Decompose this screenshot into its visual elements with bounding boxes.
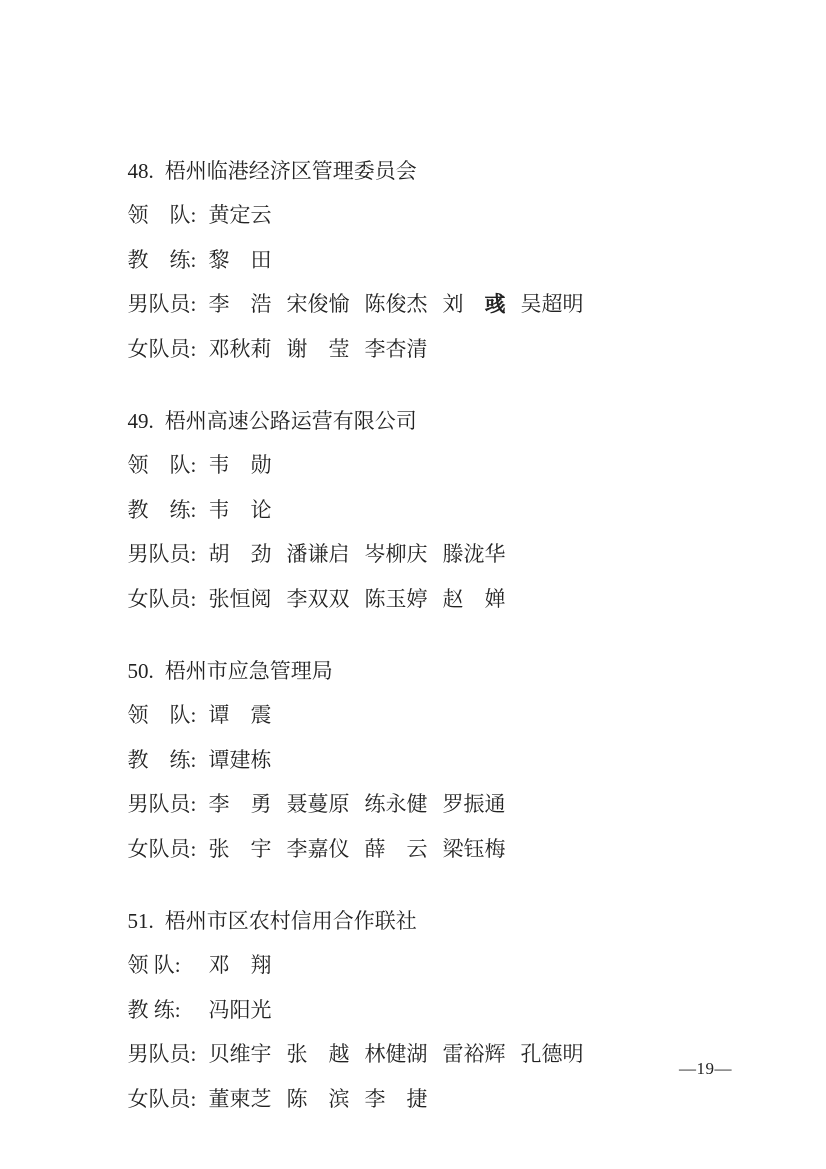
member-name: 宋俊愉 <box>287 292 350 316</box>
member-name: 张 越 <box>287 1042 350 1066</box>
male-members-label: 男队员: <box>128 1032 209 1077</box>
coach-name: 谭建栋 <box>209 748 272 772</box>
leader-label: 领 队: <box>128 443 209 488</box>
coach-label: 教 练: <box>128 238 209 283</box>
leader-name: 谭 震 <box>209 703 272 727</box>
member-name: 岑柳庆 <box>365 542 428 566</box>
team-number: 50. <box>128 649 154 694</box>
female-members-label: 女队员: <box>128 1077 209 1122</box>
member-name: 李 勇 <box>209 792 272 816</box>
male-members-label: 男队员: <box>128 532 209 577</box>
team-title: 49.梧州高速公路运营有限公司 <box>96 354 786 399</box>
team-number: 48. <box>128 149 154 194</box>
member-name: 陈俊杰 <box>365 292 428 316</box>
leader-name: 黄定云 <box>209 203 272 227</box>
team-number: 51. <box>128 899 154 944</box>
leader-name: 邓 翔 <box>209 953 272 977</box>
male-members-label: 男队员: <box>128 282 209 327</box>
team-section-50: 50.梧州市应急管理局 领 队:谭 震 教 练:谭建栋 男队员:李 勇聂蔓原练永… <box>96 604 786 827</box>
leader-label: 领 队: <box>128 943 209 988</box>
team-org-name: 梧州市区农村信用合作联社 <box>165 909 417 933</box>
team-org-name: 梧州市应急管理局 <box>165 659 333 683</box>
member-name: 李 捷 <box>365 1087 428 1111</box>
leader-name: 韦 勋 <box>209 453 272 477</box>
team-number: 49. <box>128 399 154 444</box>
member-name-bold-glyph: 彧 <box>485 293 506 316</box>
coach-label: 教 练: <box>128 488 209 533</box>
coach-name: 黎 田 <box>209 248 272 272</box>
member-name: 贝维宇 <box>209 1042 272 1066</box>
coach-label: 教 练: <box>128 738 209 783</box>
team-org-name: 梧州临港经济区管理委员会 <box>165 159 417 183</box>
team-title: 51.梧州市区农村信用合作联社 <box>96 854 786 899</box>
team-title: 50.梧州市应急管理局 <box>96 604 786 649</box>
male-members-label: 男队员: <box>128 782 209 827</box>
team-title: 48.梧州临港经济区管理委员会 <box>96 104 786 149</box>
team-org-name: 梧州高速公路运营有限公司 <box>165 409 417 433</box>
member-name: 胡 劲 <box>209 542 272 566</box>
coach-label: 教 练: <box>128 988 209 1033</box>
member-name: 罗振通 <box>443 792 506 816</box>
member-name: 吴超明 <box>521 292 584 316</box>
member-name: 陈 滨 <box>287 1087 350 1111</box>
document-page: 48.梧州临港经济区管理委员会 领 队:黄定云 教 练:黎 田 男队员:李 浩宋… <box>0 0 826 1169</box>
member-name: 李 浩 <box>209 292 272 316</box>
member-name: 练永健 <box>365 792 428 816</box>
page-number: —19— <box>679 1058 732 1080</box>
team-section-49: 49.梧州高速公路运营有限公司 领 队:韦 勋 教 练:韦 论 男队员:胡 劲潘… <box>96 354 786 577</box>
member-name: 孔德明 <box>521 1042 584 1066</box>
coach-name: 冯阳光 <box>209 998 272 1022</box>
member-name: 董柬芝 <box>209 1087 272 1111</box>
leader-label: 领 队: <box>128 193 209 238</box>
member-name: 潘谦启 <box>287 542 350 566</box>
member-name: 滕泷华 <box>443 542 506 566</box>
member-name: 刘 彧 <box>443 292 506 316</box>
leader-label: 领 队: <box>128 693 209 738</box>
team-section-51: 51.梧州市区农村信用合作联社 领 队:邓 翔 教 练:冯阳光 男队员:贝维宇张… <box>96 854 786 1077</box>
member-name: 林健湖 <box>365 1042 428 1066</box>
member-name: 聂蔓原 <box>287 792 350 816</box>
member-name: 雷裕辉 <box>443 1042 506 1066</box>
coach-name: 韦 论 <box>209 498 272 522</box>
team-section-48: 48.梧州临港经济区管理委员会 领 队:黄定云 教 练:黎 田 男队员:李 浩宋… <box>96 104 786 327</box>
member-name-surname: 刘 <box>443 292 485 316</box>
